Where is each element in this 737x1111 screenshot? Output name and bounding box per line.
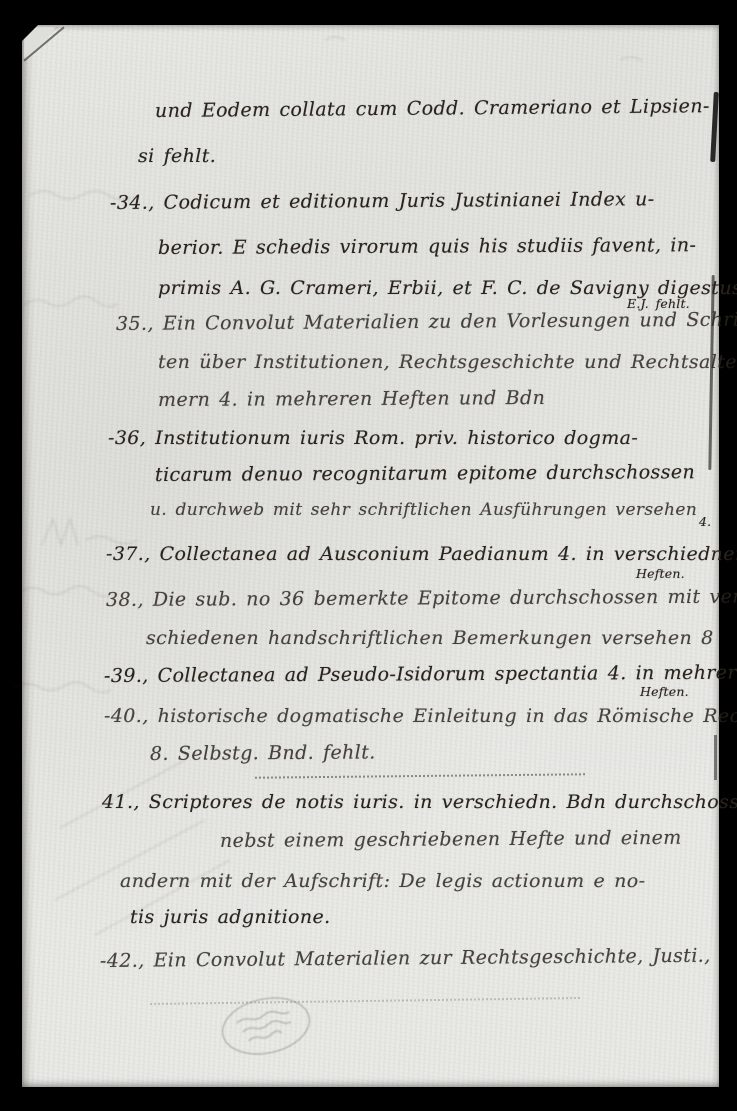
manuscript-line: u. durchweb mit sehr schriftlichen Ausfü… — [150, 500, 697, 520]
manuscript-line: schiedenen handschriftlichen Bemerkungen… — [146, 627, 714, 649]
margin-note: 4. — [699, 514, 711, 529]
corner-cut — [22, 25, 38, 41]
manuscript-line entry-40: -40., historische dogmatische Einleitung… — [104, 705, 737, 727]
manuscript-line: nebst einem geschriebenen Hefte und eine… — [220, 827, 682, 852]
manuscript-line entry-38: 38., Die sub. no 36 bemerkte Epitome dur… — [106, 586, 737, 611]
manuscript-line: berior. E schedis virorum quis his studi… — [158, 234, 696, 259]
manuscript-line entry-35: 35., Ein Convolut Materialien zu den Vor… — [116, 309, 737, 335]
manuscript-line entry-37: -37., Collectanea ad Ausconium Paedianum… — [106, 543, 737, 565]
manuscript-line entry-41: 41., Scriptores de notis iuris. in versc… — [102, 791, 737, 813]
manuscript-line: 8. Selbstg. Bnd. fehlt. — [150, 741, 376, 765]
manuscript-line: si fehlt. — [138, 145, 216, 167]
manuscript-line: tis juris adgnitione. — [130, 906, 331, 928]
margin-note: Heften. — [640, 684, 689, 699]
manuscript-line: andern mit der Aufschrift: De legis acti… — [120, 870, 645, 892]
page-edge-shadow — [714, 735, 717, 780]
manuscript-line entry-34: -34., Codicum et editionum Juris Justini… — [110, 188, 655, 214]
manuscript-line: mern 4. in mehreren Heften und Bdn — [158, 387, 545, 411]
margin-note: Heften. — [636, 566, 685, 581]
manuscript-line: ten über Institutionen, Rechtsgeschichte… — [158, 351, 737, 373]
scanned-page: und Eodem collata cum Codd. Crameriano e… — [0, 0, 737, 1111]
manuscript-line: ticarum denuo recognitarum epitome durch… — [155, 461, 695, 486]
manuscript-line entry-36: -36, Institutionum iuris Rom. priv. hist… — [108, 427, 638, 449]
